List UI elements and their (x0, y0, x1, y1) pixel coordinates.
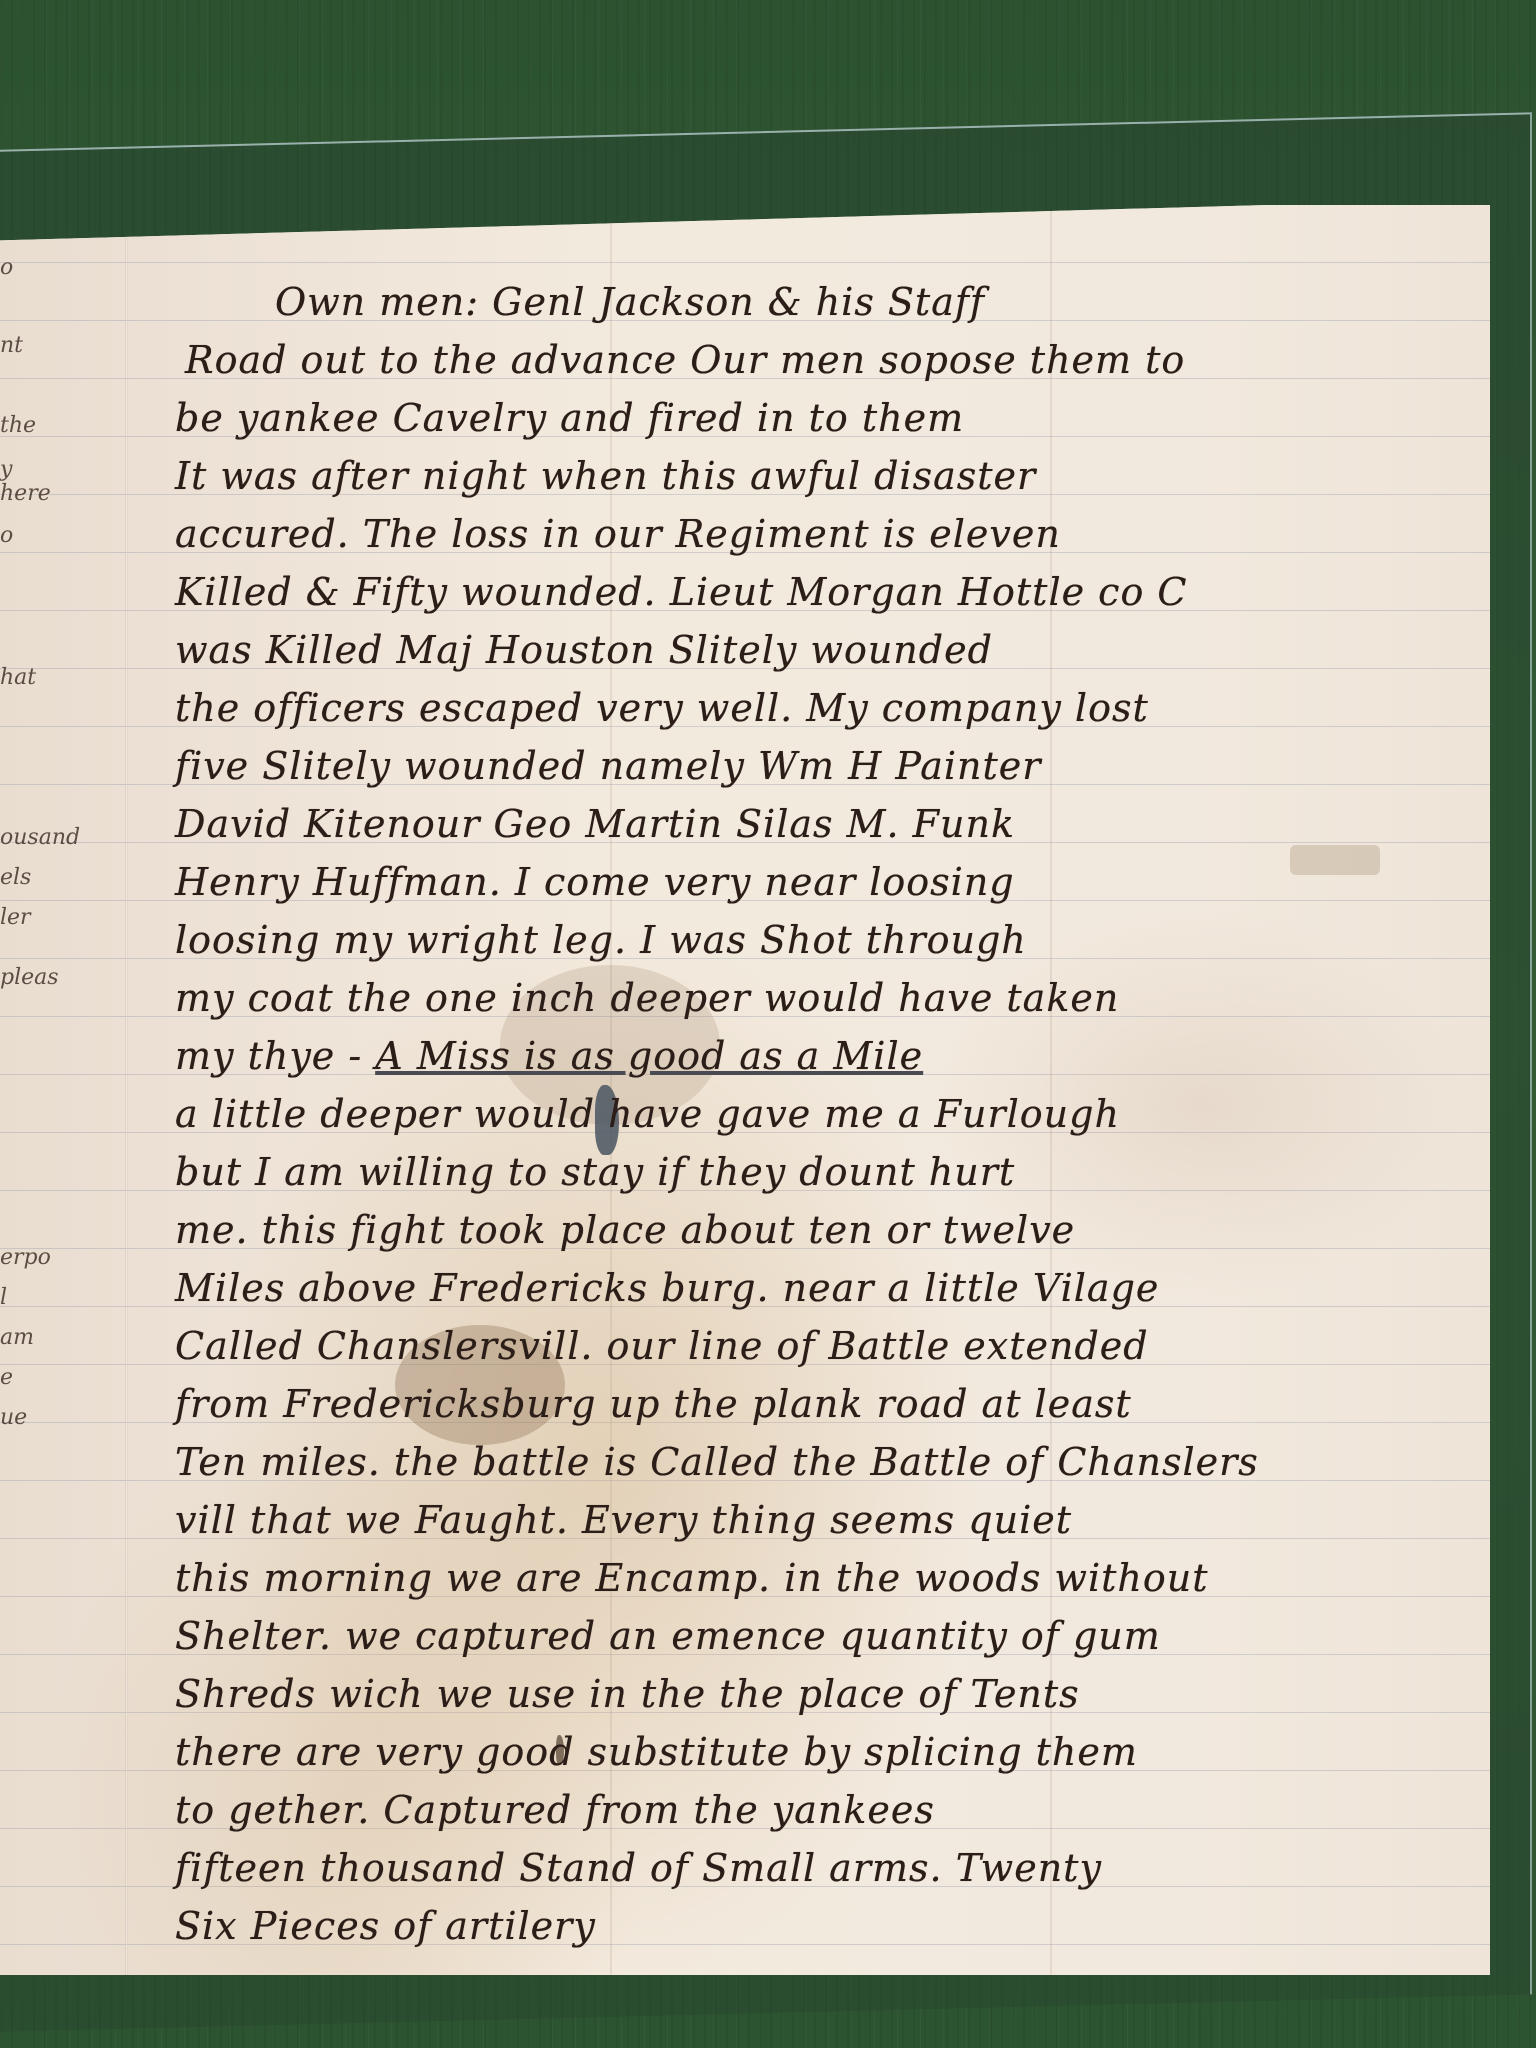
left-page-text: ousand (0, 825, 80, 850)
letter-line: loosing my wright leg. I was Shot throug… (175, 918, 1027, 962)
left-page-text: o (0, 255, 13, 280)
letter-line: Ten miles. the battle is Called the Batt… (175, 1440, 1259, 1484)
letter-line: was Killed Maj Houston Slitely wounded (175, 628, 993, 672)
letter-line: Road out to the advance Our men sopose t… (185, 338, 1185, 382)
letter-line: Miles above Fredericks burg. near a litt… (175, 1266, 1159, 1310)
letter-line: the officers escaped very well. My compa… (175, 686, 1149, 730)
left-page-edge: o nt the y here o hat ousand els ler ple… (0, 205, 120, 1975)
letter-line: Called Chanslersvill. our line of Battle… (175, 1324, 1149, 1368)
left-page-text: pleas (0, 965, 59, 990)
left-page-text: ue (0, 1405, 27, 1430)
letter-line: Six Pieces of artilery (175, 1904, 596, 1948)
page-fold (125, 205, 128, 1975)
left-page-text: o (0, 523, 13, 548)
letter-line: but I am willing to stay if they dount h… (175, 1150, 1015, 1194)
letter-line: five Slitely wounded namely Wm H Painter (175, 744, 1041, 788)
left-page-text: l (0, 1285, 7, 1310)
left-page-text: the (0, 413, 36, 438)
left-page-text: y (0, 457, 12, 482)
left-page-text: els (0, 865, 31, 890)
letter-line: from Fredericksburg up the plank road at… (175, 1382, 1132, 1426)
letter-line: my thye - A Miss is as good as a Mile (175, 1034, 923, 1078)
letter-line: this morning we are Encamp. in the woods… (175, 1556, 1208, 1600)
letter-line: vill that we Faught. Every thing seems q… (175, 1498, 1072, 1542)
letter-line: my coat the one inch deeper would have t… (175, 976, 1119, 1020)
left-page-text: hat (0, 665, 36, 690)
left-page-text: e (0, 1365, 13, 1390)
letter-line: to gether. Captured from the yankees (175, 1788, 935, 1832)
left-page-text: am (0, 1325, 34, 1350)
letter-line: Henry Huffman. I come very near loosing (175, 860, 1015, 904)
left-page-text: here (0, 481, 51, 506)
letter-line: there are very good substitute by splici… (175, 1730, 1138, 1774)
letter-paper: o nt the y here o hat ousand els ler ple… (0, 205, 1490, 1975)
letter-line: fifteen thousand Stand of Small arms. Tw… (175, 1846, 1102, 1890)
letter-line: accured. The loss in our Regiment is ele… (175, 512, 1061, 556)
left-page-text: erpo (0, 1245, 51, 1270)
left-page-text: ler (0, 905, 31, 930)
ink-smudge (1290, 845, 1380, 875)
left-page-text: nt (0, 333, 23, 358)
letter-line: be yankee Cavelry and fired in to them (175, 396, 964, 440)
underlined-proverb: A Miss is as good as a Mile (375, 1034, 923, 1078)
letter-line: Shelter. we captured an emence quantity … (175, 1614, 1161, 1658)
letter-line: Killed & Fifty wounded. Lieut Morgan Hot… (175, 570, 1187, 614)
letter-text: my thye - (175, 1034, 362, 1078)
letter-line: David Kitenour Geo Martin Silas M. Funk (175, 802, 1015, 846)
letter-line: Shreds wich we use in the the place of T… (175, 1672, 1080, 1716)
letter-line: It was after night when this awful disas… (175, 454, 1036, 498)
letter-line: me. this fight took place about ten or t… (175, 1208, 1075, 1252)
letter-line: Own men: Genl Jackson & his Staff (275, 280, 985, 324)
letter-line: a little deeper would have gave me a Fur… (175, 1092, 1120, 1136)
